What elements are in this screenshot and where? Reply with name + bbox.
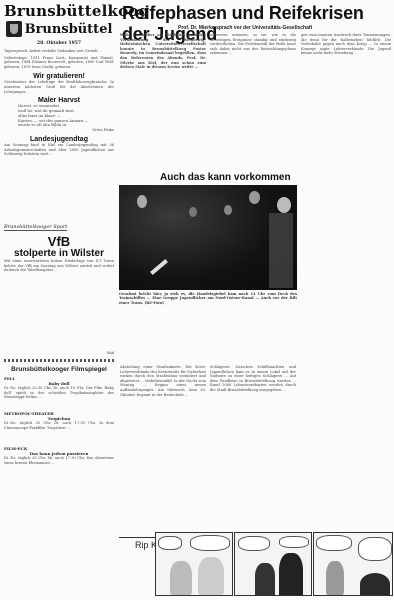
article-col-1: Wohl die bisher am stärksten besuchte Ve… [120,33,206,168]
landesjugendtag-text: Am Sonntag fand in Kiel ein Landesjugend… [4,143,114,213]
left-column: Brunsbüttelkoog Brunsbüttel 28. Oktober … [4,4,114,478]
newspaper-page: Brunsbüttelkoog Brunsbüttel 28. Oktober … [0,0,394,600]
film-listing: FELI Baby doll Di.-Do. täglich 20.30 Uhr… [4,376,114,478]
sport-text: Mit einer unerwarteten hohen Niederlage … [4,259,114,351]
sport-section-label: Brunsbüttelkooger Sport [4,224,67,231]
masthead-line2: Brunsbüttel [4,21,114,37]
local-news-col-1: Abstoßung einer Straßenkarte. Die Kreis-… [120,365,206,525]
photo-title: Auch das kann vorkommen [160,172,291,183]
sport-byline: bhd [4,351,114,355]
sport-heading-1: VfB [4,235,114,248]
landesjugendtag-heading: Landesjugendtag [4,136,114,143]
comic-panel-2 [234,532,312,596]
photo-figure-body [269,213,293,288]
issue-date: 28. Oktober 1957 [4,41,114,46]
photo-caption: Gerahmt bricht hier, ja sieh es, die Han… [119,292,297,305]
local-news-col-2: Schlägerei. Zwischen Schiffsnachten und … [210,365,296,505]
congrats-text: Geschwister der Lehrlinge der Kraftfahrz… [4,80,114,94]
photo-figure [137,195,147,208]
photo-figure [249,191,260,204]
main-subheadline: Prof. Dr. Mierke sprach vor der Universi… [178,25,312,31]
article-col-2: schweren erinnern, so sei, wie es die de… [210,33,296,168]
news-photo [119,185,297,290]
divider [4,359,114,362]
poem: Harvst, so wunnerbri, wull he, wat du ge… [4,104,114,128]
film-heading: Brunsbüttelkooger Filmspiegel [4,366,114,373]
congrats-heading: Wir gratulieren! [4,73,114,80]
sport-heading-2: stolperte in Wilster [4,248,114,259]
photo-figure [224,205,232,215]
article-col-3: gen zum inneren Ausdruck ihrer Tonmeinun… [301,33,391,523]
poem-author: Greta Finke [4,128,114,132]
town-crest-icon [6,21,22,37]
comic-panel-1 [155,532,233,596]
masthead: Brunsbüttelkoog Brunsbüttel [4,4,114,37]
comic-rule [119,537,155,538]
tagesspruch: Tagesspruch: Arbeit verleiht Gedanken er… [4,49,114,69]
photo-figure [189,207,197,217]
photo-figure [277,197,291,213]
photo-highlight [150,259,168,275]
comic-panel-3 [313,532,393,596]
masthead-line2-text: Brunsbüttel [25,23,113,36]
masthead-line1: Brunsbüttelkoog [4,4,114,19]
